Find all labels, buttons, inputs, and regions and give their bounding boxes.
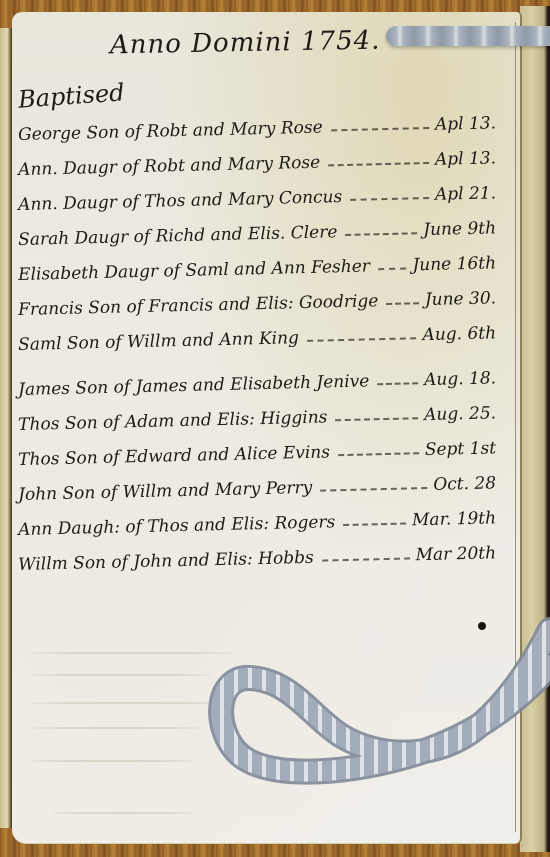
page-heading: Anno Domini 1754.	[110, 26, 381, 61]
book-cover-edge	[520, 6, 550, 852]
dash-leader	[331, 127, 429, 131]
entry-name: Willm Son of John and Elis: Hobbs	[18, 548, 314, 575]
entry-date: June 30.	[425, 288, 497, 310]
paper-crease	[32, 727, 202, 729]
ribbon-bookmark-top	[386, 26, 550, 46]
dash-leader	[343, 523, 406, 527]
entry-date: Apl 21.	[435, 183, 497, 204]
dash-leader	[345, 232, 417, 236]
dash-leader	[338, 452, 419, 456]
paper-crease	[32, 652, 232, 654]
paper-crease	[32, 674, 212, 676]
paper-crease	[32, 702, 222, 704]
entry-date: Oct. 28	[433, 473, 496, 495]
dash-leader	[335, 417, 418, 421]
entry-date: Mar 20th	[415, 543, 496, 565]
dash-leader	[322, 557, 410, 561]
dash-leader	[377, 382, 418, 385]
entry-date: Aug. 6th	[422, 323, 496, 345]
entry-date: Apl 13.	[435, 113, 497, 134]
entry-date: Sept 1st	[425, 438, 497, 460]
paper-crease	[52, 812, 192, 814]
entry-date: Mar. 19th	[412, 508, 496, 530]
book-left-edge	[0, 28, 12, 828]
baptism-entries-list: George Son of Robt and Mary Rose Apl 13.…	[18, 110, 496, 575]
ink-blot	[478, 622, 486, 630]
entry-date: June 9th	[423, 218, 496, 240]
dash-leader	[307, 337, 417, 342]
dash-leader	[328, 162, 429, 166]
paper-crease	[32, 760, 192, 762]
entry-date: Apl 13.	[435, 148, 497, 169]
entry-name: Saml Son of Willm and Ann King	[18, 328, 299, 355]
dash-leader	[320, 487, 427, 492]
entry-date: Aug. 25.	[424, 403, 496, 425]
entry-date: June 16th	[412, 253, 496, 275]
dash-leader	[386, 302, 419, 305]
entry-date: Aug. 18.	[424, 368, 496, 390]
dash-leader	[350, 197, 429, 201]
dash-leader	[378, 268, 407, 271]
